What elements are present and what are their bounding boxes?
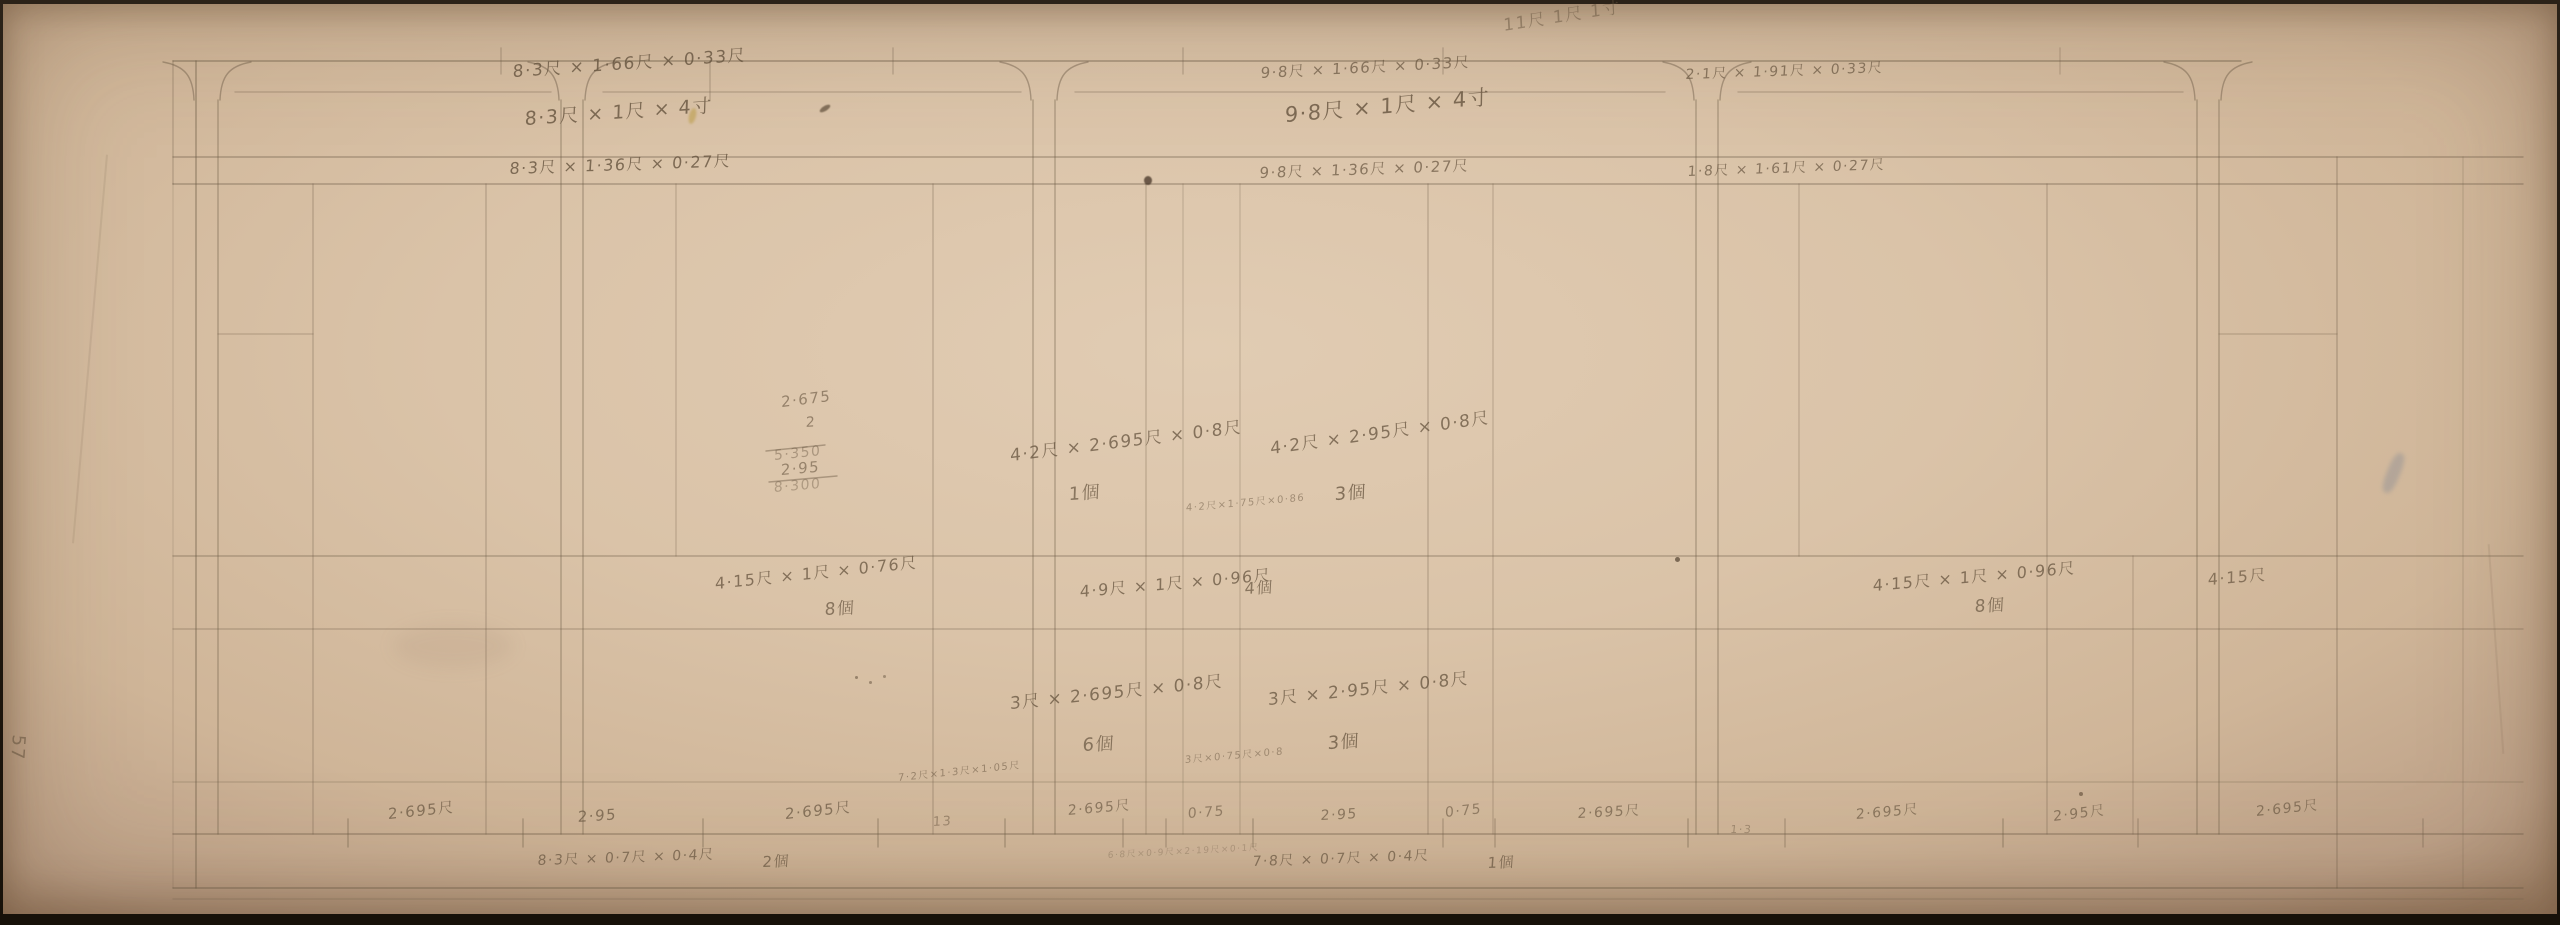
calc-row-5: 8·300 [774, 477, 822, 495]
count-rail-right: 8個 [1974, 597, 2006, 616]
width-dim-9: 1·3 [1730, 824, 1753, 835]
width-dim-5: 0·75 [1188, 804, 1226, 821]
pencil-dot-1 [855, 676, 858, 679]
pencil-dot-3 [883, 675, 886, 678]
dark-dot-2 [2079, 792, 2083, 796]
width-dim-6: 2·95 [1320, 807, 1358, 823]
count-lower-panel-right: 3個 [1327, 733, 1360, 753]
count-panel-left: 1個 [1068, 484, 1101, 504]
soft-stain [393, 624, 513, 668]
width-dim-8: 2·695尺 [1577, 804, 1641, 821]
edge-mark: 57 [7, 734, 27, 761]
count-lower-panel-left: 6個 [1082, 735, 1115, 755]
calc-row-2: 2 [806, 415, 817, 430]
dark-dot-1 [1675, 557, 1680, 562]
drawing-linework [3, 4, 2557, 914]
photographed-drawing: 11尺 1尺 1寸8·3尺 × 1·66尺 × 0·33尺9·8尺 × 1·66… [0, 0, 2560, 925]
count-rail-left: 8個 [824, 600, 856, 619]
note-base-small-2: 13 [932, 815, 952, 829]
count-base-left: 2個 [762, 854, 791, 870]
count-rail-mid: 4個 [1244, 579, 1274, 597]
count-panel-right: 3個 [1334, 484, 1367, 504]
count-base-right: 1個 [1487, 855, 1516, 871]
width-dim-7: 0·75 [1445, 802, 1482, 820]
paper-sheet: 11尺 1尺 1寸8·3尺 × 1·66尺 × 0·33尺9·8尺 × 1·66… [3, 4, 2557, 914]
pencil-dot-2 [869, 681, 872, 684]
width-dim-2: 2·95 [577, 807, 617, 825]
ink-spot [1144, 176, 1152, 185]
calc-row-4: 2·95 [781, 460, 821, 479]
